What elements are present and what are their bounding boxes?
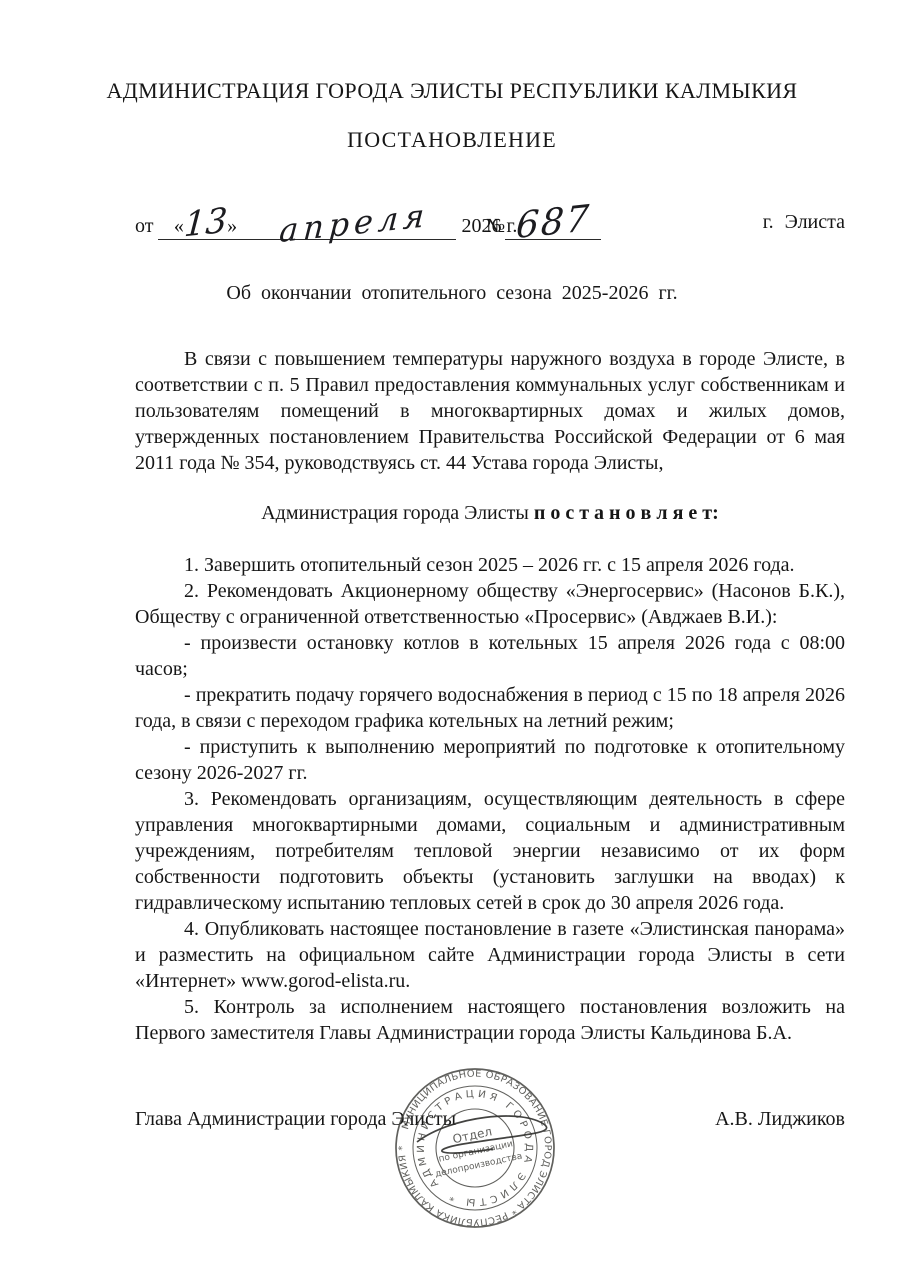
item-2-sub-2: - прекратить подачу горячего водоснабжен… [135, 682, 845, 734]
date-day-underline: «13» [158, 214, 252, 240]
item-2: 2. Рекомендовать Акционерному обществу «… [135, 578, 845, 630]
number-underline: 687 [505, 214, 601, 240]
organization-title: АДМИНИСТРАЦИЯ ГОРОДА ЭЛИСТЫ РЕСПУБЛИКИ К… [0, 78, 904, 104]
resolution-verb: п о с т а н о в л я е т: [534, 502, 719, 524]
intro-paragraph: В связи с повышением температуры наружно… [135, 346, 845, 476]
document-meta-row: от «13»апреля 2026 г. №687 г. Элиста [135, 190, 845, 242]
resolution-line: Администрация города Элисты п о с т а н … [135, 500, 845, 526]
document-body: В связи с повышением температуры наружно… [135, 346, 845, 1046]
number-line: №687 [486, 214, 601, 240]
item-4: 4. Опубликовать настоящее постановление … [135, 916, 845, 994]
signatory-name: А.В. Лиджиков [715, 1108, 845, 1131]
official-stamp-icon: МУНИЦИПАЛЬНОЕ ОБРАЗОВАНИЕ ГОРОД ЭЛИСТА *… [389, 1062, 561, 1234]
city-label: г. Элиста [763, 211, 845, 234]
item-2-sub-1: - произвести остановку котлов в котельны… [135, 630, 845, 682]
document-page: АДМИНИСТРАЦИЯ ГОРОДА ЭЛИСТЫ РЕСПУБЛИКИ К… [0, 0, 904, 1280]
quote-close: » [227, 215, 237, 237]
handwritten-month: апреля [279, 206, 430, 240]
item-5: 5. Контроль за исполнением настоящего по… [135, 994, 845, 1046]
date-line: от «13»апреля 2026 г. [135, 214, 517, 240]
resolution-lead: Администрация города Элисты [261, 502, 534, 524]
item-1: 1. Завершить отопительный сезон 2025 – 2… [135, 552, 845, 578]
quote-open: « [174, 215, 184, 237]
date-word: от [135, 215, 153, 237]
handwritten-day: 13 [183, 212, 227, 235]
item-3: 3. Рекомендовать организациям, осуществл… [135, 786, 845, 916]
number-label: № [486, 215, 505, 237]
document-type-title: ПОСТАНОВЛЕНИЕ [0, 127, 904, 153]
item-2-sub-3: - приступить к выполнению мероприятий по… [135, 734, 845, 786]
handwritten-number: 687 [515, 210, 591, 236]
date-month-underline: апреля [252, 214, 456, 240]
document-subject: Об окончании отопительного сезона 2025-2… [0, 282, 904, 305]
stamp-rings: МУНИЦИПАЛЬНОЕ ОБРАЗОВАНИЕ ГОРОД ЭЛИСТА *… [396, 1069, 554, 1228]
